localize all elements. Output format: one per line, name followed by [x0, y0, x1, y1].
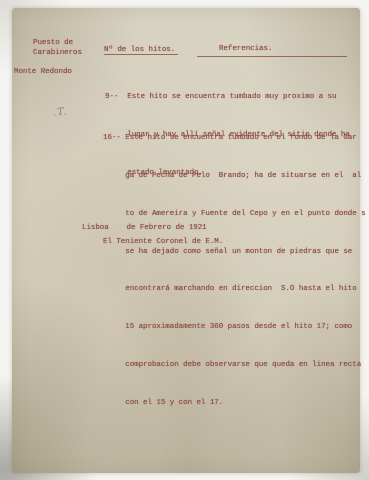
post-label: Monte Redondo: [14, 66, 72, 79]
item-9-line: 9-- Este hito se encuentra tumbado muy p…: [105, 91, 350, 104]
item-16-line: 15 aproximadamente 360 pasos desde el hi…: [103, 321, 366, 334]
header-puesto-line1: Puesto de: [33, 38, 82, 48]
date-line: Lisboa de Febrero de 1921: [82, 222, 207, 235]
header-col-referencias: Referencias.: [197, 43, 347, 57]
item-16-line: ga de Pecha de Pelo Brando; ha de situar…: [103, 170, 366, 183]
item-16-line: to de Amereira y Fuente del Cepo y en el…: [103, 208, 366, 221]
item-16-line: encontrará marchando en direccion S.O ha…: [103, 283, 366, 296]
header-col-hitos-label: Nº de los hitos.: [104, 46, 178, 55]
pencil-margin-mark: .T.: [52, 106, 68, 118]
item-16: 16-- Este hito se encuentra tumbado en e…: [103, 107, 366, 422]
item-16-line: 16-- Este hito se encuentra tumbado en e…: [103, 132, 366, 145]
signature-line: El Teniente Coronel de E.M.: [103, 236, 223, 249]
item-16-line: con el 15 y con el 17.: [103, 397, 366, 410]
header-puesto-line2: Carabineros: [33, 48, 82, 58]
item-16-line: comprobacion debe observarse que queda e…: [103, 359, 366, 372]
header-puesto: Puesto deCarabineros: [33, 38, 82, 58]
header-col-hitos: Nº de los hitos.: [104, 44, 178, 57]
header-col-referencias-label: Referencias.: [219, 43, 272, 56]
